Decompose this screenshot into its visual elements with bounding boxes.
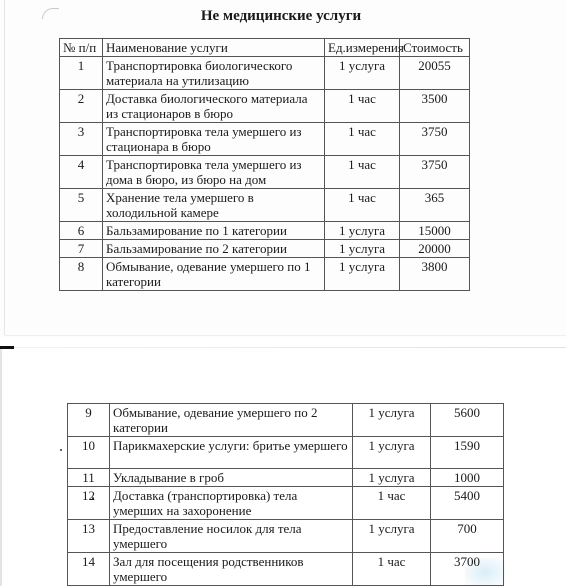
- row-number: 14: [68, 553, 110, 586]
- document-title: Не медицинские услуги: [0, 8, 564, 25]
- page-edge: [4, 0, 5, 335]
- table-row: 7Бальзамирование по 2 категории1 услуга2…: [60, 240, 470, 258]
- unit-of-measure: 1 услуга: [325, 57, 400, 90]
- service-name: Обмывание, одевание умершего по 1 катего…: [103, 258, 325, 291]
- table-row: 4Транспортировка тела умершего из дома в…: [60, 156, 470, 189]
- row-number: 8: [60, 258, 103, 291]
- row-number: 7: [60, 240, 103, 258]
- row-number: 1: [60, 57, 103, 90]
- service-name: Бальзамирование по 1 категории: [103, 222, 325, 240]
- service-name: Бальзамирование по 2 категории: [103, 240, 325, 258]
- price: 3750: [400, 123, 470, 156]
- row-number: 6: [60, 222, 103, 240]
- row-number: 10: [68, 437, 110, 469]
- price: 5400: [431, 487, 504, 520]
- services-table-page-2: 9Обмывание, одевание умершего по 2 катег…: [67, 403, 504, 586]
- service-name: Транспортировка биологического материала…: [103, 57, 325, 90]
- row-number: 13: [68, 520, 110, 553]
- unit-of-measure: 1 час: [353, 487, 431, 520]
- table-row: 3Транспортировка тела умершего из стацио…: [60, 123, 470, 156]
- page-break-line: [14, 347, 566, 348]
- table-row: 2Доставка биологического материала из ст…: [60, 90, 470, 123]
- unit-of-measure: 1 услуга: [353, 520, 431, 553]
- scan-speck: [60, 449, 62, 451]
- service-name: Предоставление носилок для тела умершего: [110, 520, 353, 553]
- table-row: 8Обмывание, одевание умершего по 1 катег…: [60, 258, 470, 291]
- header-unit: Ед.измерения: [325, 39, 400, 57]
- table-row: 11Укладывание в гроб1 услуга1000: [68, 469, 504, 487]
- table-row: 6Бальзамирование по 1 категории1 услуга1…: [60, 222, 470, 240]
- service-name: Обмывание, одевание умершего по 2 катего…: [110, 404, 353, 437]
- unit-of-measure: 1 услуга: [325, 258, 400, 291]
- price: 20000: [400, 240, 470, 258]
- unit-of-measure: 1 час: [353, 553, 431, 586]
- unit-of-measure: 1 час: [325, 123, 400, 156]
- header-number: № п/п: [60, 39, 103, 57]
- price: 3500: [400, 90, 470, 123]
- page-edge: [5, 335, 566, 336]
- table-row: 14Зал для посещения родственников умерше…: [68, 553, 504, 586]
- page-edge: [0, 349, 2, 586]
- price: 5600: [431, 404, 504, 437]
- table-row: 10Парикмахерские услуги: бритье умершего…: [68, 437, 504, 469]
- unit-of-measure: 1 услуга: [353, 404, 431, 437]
- row-number: 12: [68, 487, 110, 520]
- table-row: 13Предоставление носилок для тела умерше…: [68, 520, 504, 553]
- service-name: Транспортировка тела умершего из дома в …: [103, 156, 325, 189]
- row-number: 5: [60, 189, 103, 222]
- header-price: Стоимость: [400, 39, 470, 57]
- service-name: Парикмахерские услуги: бритье умершего: [110, 437, 353, 469]
- price: 3700: [431, 553, 504, 586]
- price: 700: [431, 520, 504, 553]
- page-break-mark: [0, 346, 14, 349]
- table-row: 9Обмывание, одевание умершего по 2 катег…: [68, 404, 504, 437]
- table-row: 5Хранение тела умершего в холодильной ка…: [60, 189, 470, 222]
- row-number: 3: [60, 123, 103, 156]
- unit-of-measure: 1 услуга: [325, 240, 400, 258]
- price: 365: [400, 189, 470, 222]
- row-number: 11: [68, 469, 110, 487]
- unit-of-measure: 1 час: [325, 90, 400, 123]
- table-header-row: № п/п Наименование услуги Ед.измерения С…: [60, 39, 470, 57]
- price: 15000: [400, 222, 470, 240]
- price: 1000: [431, 469, 504, 487]
- service-name: Хранение тела умершего в холодильной кам…: [103, 189, 325, 222]
- service-name: Транспортировка тела умершего из стацион…: [103, 123, 325, 156]
- row-number: 4: [60, 156, 103, 189]
- services-table-page-1: № п/п Наименование услуги Ед.измерения С…: [59, 38, 470, 291]
- price: 3800: [400, 258, 470, 291]
- service-name: Зал для посещения родственников умершего: [110, 553, 353, 586]
- price: 3750: [400, 156, 470, 189]
- unit-of-measure: 1 услуга: [353, 437, 431, 469]
- unit-of-measure: 1 час: [325, 156, 400, 189]
- price: 1590: [431, 437, 504, 469]
- table-row: 12Доставка (транспортировка) тела умерши…: [68, 487, 504, 520]
- row-number: 2: [60, 90, 103, 123]
- price: 20055: [400, 57, 470, 90]
- row-number: 9: [68, 404, 110, 437]
- service-name: Укладывание в гроб: [110, 469, 353, 487]
- unit-of-measure: 1 услуга: [353, 469, 431, 487]
- unit-of-measure: 1 час: [325, 189, 400, 222]
- table-row: 1Транспортировка биологического материал…: [60, 57, 470, 90]
- header-service-name: Наименование услуги: [103, 39, 325, 57]
- service-name: Доставка (транспортировка) тела умерших …: [110, 487, 353, 520]
- unit-of-measure: 1 услуга: [325, 222, 400, 240]
- service-name: Доставка биологического материала из ста…: [103, 90, 325, 123]
